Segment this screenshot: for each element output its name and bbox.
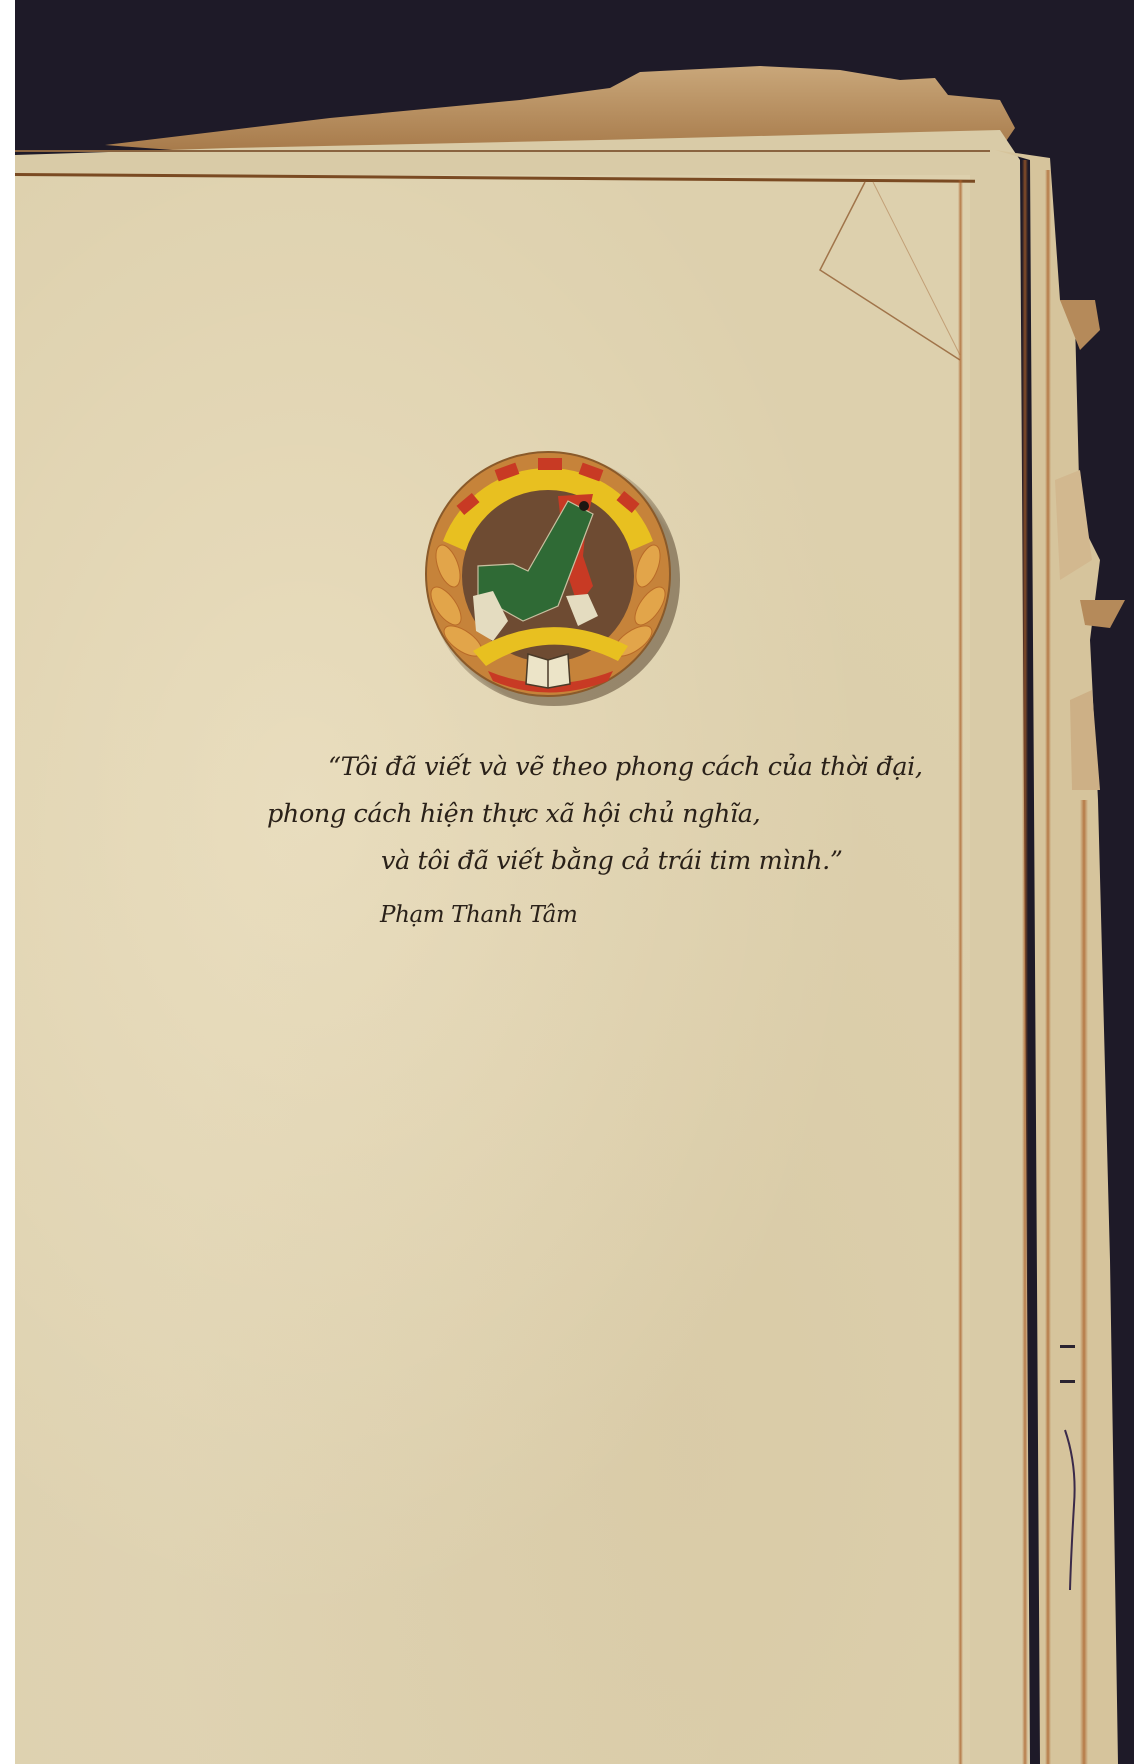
stain-line [1080,800,1088,1764]
stain-line [1045,170,1051,1764]
ink-line [1062,1425,1082,1595]
enamel-badge-icon [418,446,680,706]
quote-line-1: “Tôi đã viết và vẽ theo phong cách của t… [328,752,923,782]
quote-line-2: phong cách hiện thực xã hội chủ nghĩa, [267,799,760,829]
stain-line [958,180,963,1764]
paper-texture [15,175,970,1764]
folded-corner [815,180,975,370]
sheet-back-edge [15,150,990,152]
quote-author: Phạm Thanh Tâm [380,902,577,928]
quote-line-3: và tôi đã viết bằng cả trái tim mình.” [381,846,843,876]
stain-line [1022,160,1028,1764]
ink-mark [1060,1345,1075,1348]
paper-sheet [15,175,970,1764]
ink-mark [1060,1380,1075,1383]
